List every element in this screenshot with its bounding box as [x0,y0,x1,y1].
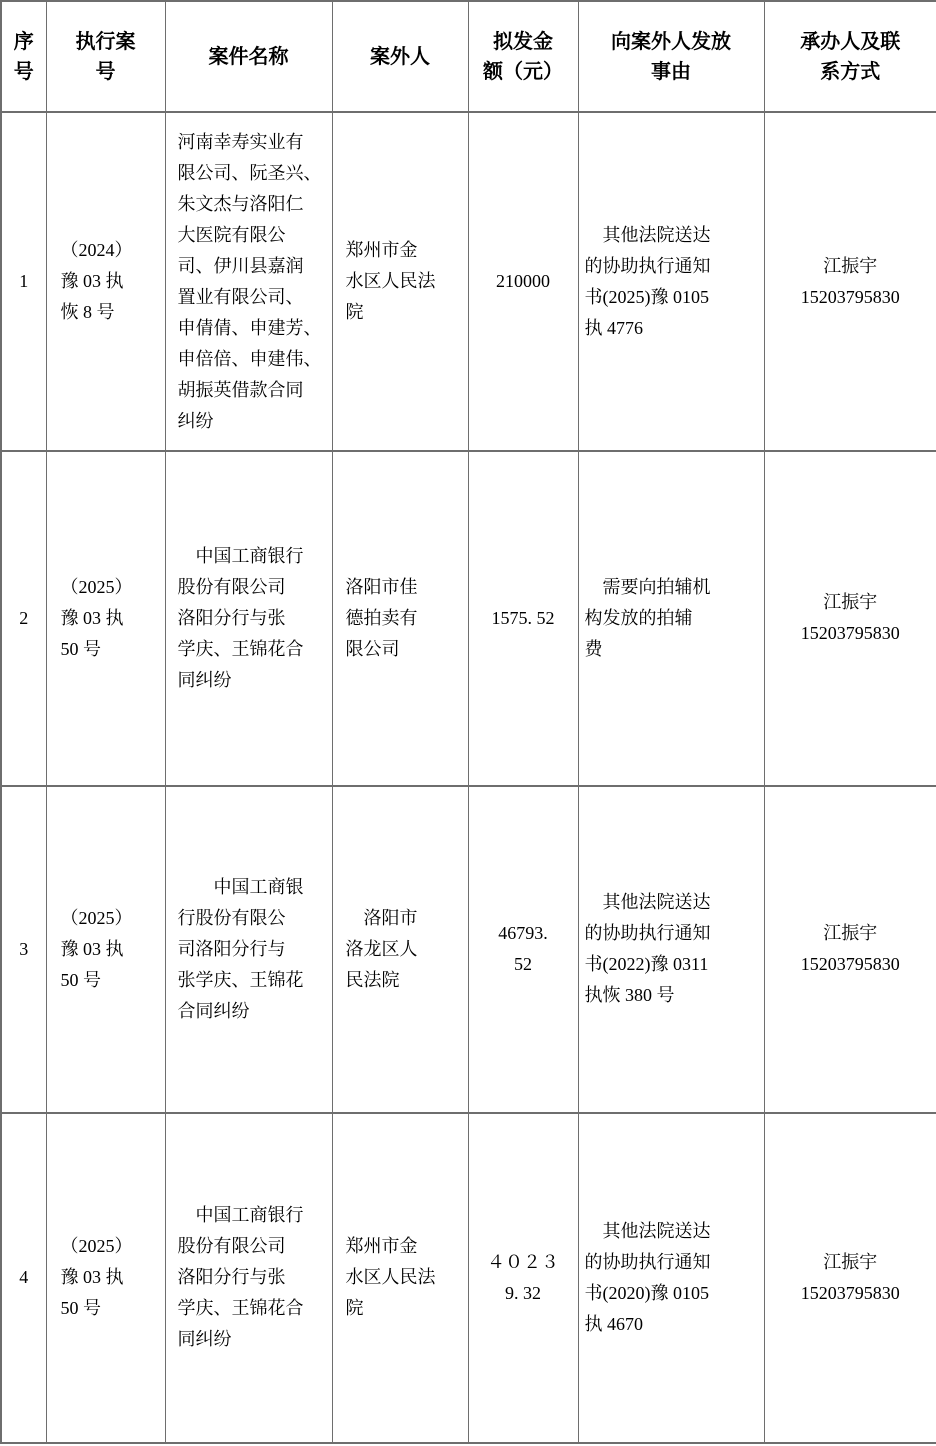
handler-cell: 江振宇 15203795830 [764,451,936,785]
header-case-number: 执行案 号 [46,1,165,112]
amount-cell: ４０２３ 9. 32 [468,1113,578,1443]
amount-cell: 46793. 52 [468,786,578,1113]
outsider-cell: 郑州市金 水区人民法 院 [332,1113,468,1443]
table-row: 1 （2024） 豫 03 执 恢 8 号 河南幸寿实业有 限公司、阮圣兴、 朱… [1,112,936,451]
reason-cell: 其他法院送达 的协助执行通知 书(2022)豫 0311 执恢 380 号 [578,786,764,1113]
case-name-cell: 河南幸寿实业有 限公司、阮圣兴、 朱文杰与洛阳仁 大医院有限公 司、伊川县嘉润 … [165,112,332,451]
table-row: 2 （2025） 豫 03 执 50 号 中国工商银行 股份有限公司 洛阳分行与… [1,451,936,785]
case-name-cell: 中国工商银行 股份有限公司 洛阳分行与张 学庆、王锦花合 同纠纷 [165,1113,332,1443]
header-serial: 序 号 [1,1,46,112]
reason-cell: 需要向拍辅机 构发放的拍辅 费 [578,451,764,785]
reason-cell: 其他法院送达 的协助执行通知 书(2025)豫 0105 执 4776 [578,112,764,451]
header-case-name: 案件名称 [165,1,332,112]
header-row: 序 号 执行案 号 案件名称 案外人 拟发金 额（元） 向案外人发放 事由 承办… [1,1,936,112]
table-row: 3 （2025） 豫 03 执 50 号 中国工商银 行股份有限公 司洛阳分行与… [1,786,936,1113]
outsider-cell: 郑州市金 水区人民法 院 [332,112,468,451]
header-reason: 向案外人发放 事由 [578,1,764,112]
serial-cell: 4 [1,1113,46,1443]
execution-cases-table: 序 号 执行案 号 案件名称 案外人 拟发金 额（元） 向案外人发放 事由 承办… [0,0,936,1444]
reason-cell: 其他法院送达 的协助执行通知 书(2020)豫 0105 执 4670 [578,1113,764,1443]
case-name-cell: 中国工商银行 股份有限公司 洛阳分行与张 学庆、王锦花合 同纠纷 [165,451,332,785]
amount-cell: 1575. 52 [468,451,578,785]
handler-cell: 江振宇 15203795830 [764,112,936,451]
case-number-cell: （2025） 豫 03 执 50 号 [46,1113,165,1443]
handler-cell: 江振宇 15203795830 [764,786,936,1113]
outsider-cell: 洛阳市 洛龙区人 民法院 [332,786,468,1113]
serial-cell: 1 [1,112,46,451]
case-name-cell: 中国工商银 行股份有限公 司洛阳分行与 张学庆、王锦花 合同纠纷 [165,786,332,1113]
header-amount: 拟发金 额（元） [468,1,578,112]
case-number-cell: （2025） 豫 03 执 50 号 [46,451,165,785]
serial-cell: 3 [1,786,46,1113]
amount-cell: 210000 [468,112,578,451]
header-outsider: 案外人 [332,1,468,112]
outsider-cell: 洛阳市佳 德拍卖有 限公司 [332,451,468,785]
case-number-cell: （2025） 豫 03 执 50 号 [46,786,165,1113]
table-row: 4 （2025） 豫 03 执 50 号 中国工商银行 股份有限公司 洛阳分行与… [1,1113,936,1443]
header-handler: 承办人及联 系方式 [764,1,936,112]
serial-cell: 2 [1,451,46,785]
case-number-cell: （2024） 豫 03 执 恢 8 号 [46,112,165,451]
handler-cell: 江振宇 15203795830 [764,1113,936,1443]
